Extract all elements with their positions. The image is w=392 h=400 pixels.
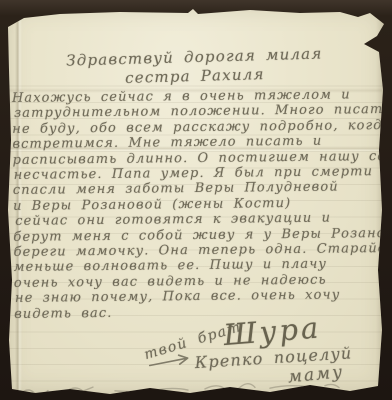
cutoff-pencil-strokes bbox=[20, 378, 350, 399]
letter-body: Нахожусь сейчас я в очень тяжелом и затр… bbox=[12, 87, 387, 322]
tear-top-center bbox=[0, 0, 3, 38]
letter-heading: Здравствуй дорогая милая сестра Рахиля bbox=[38, 44, 351, 91]
photo-of-handwritten-letter: Здравствуй дорогая милая сестра Рахиля Н… bbox=[0, 0, 392, 400]
letter-content: Здравствуй дорогая милая сестра Рахиля Н… bbox=[0, 0, 392, 400]
letter-line: видеть вас. bbox=[14, 303, 387, 322]
letter-paper: Здравствуй дорогая милая сестра Рахиля Н… bbox=[0, 0, 392, 400]
arrow-icon bbox=[148, 352, 196, 371]
